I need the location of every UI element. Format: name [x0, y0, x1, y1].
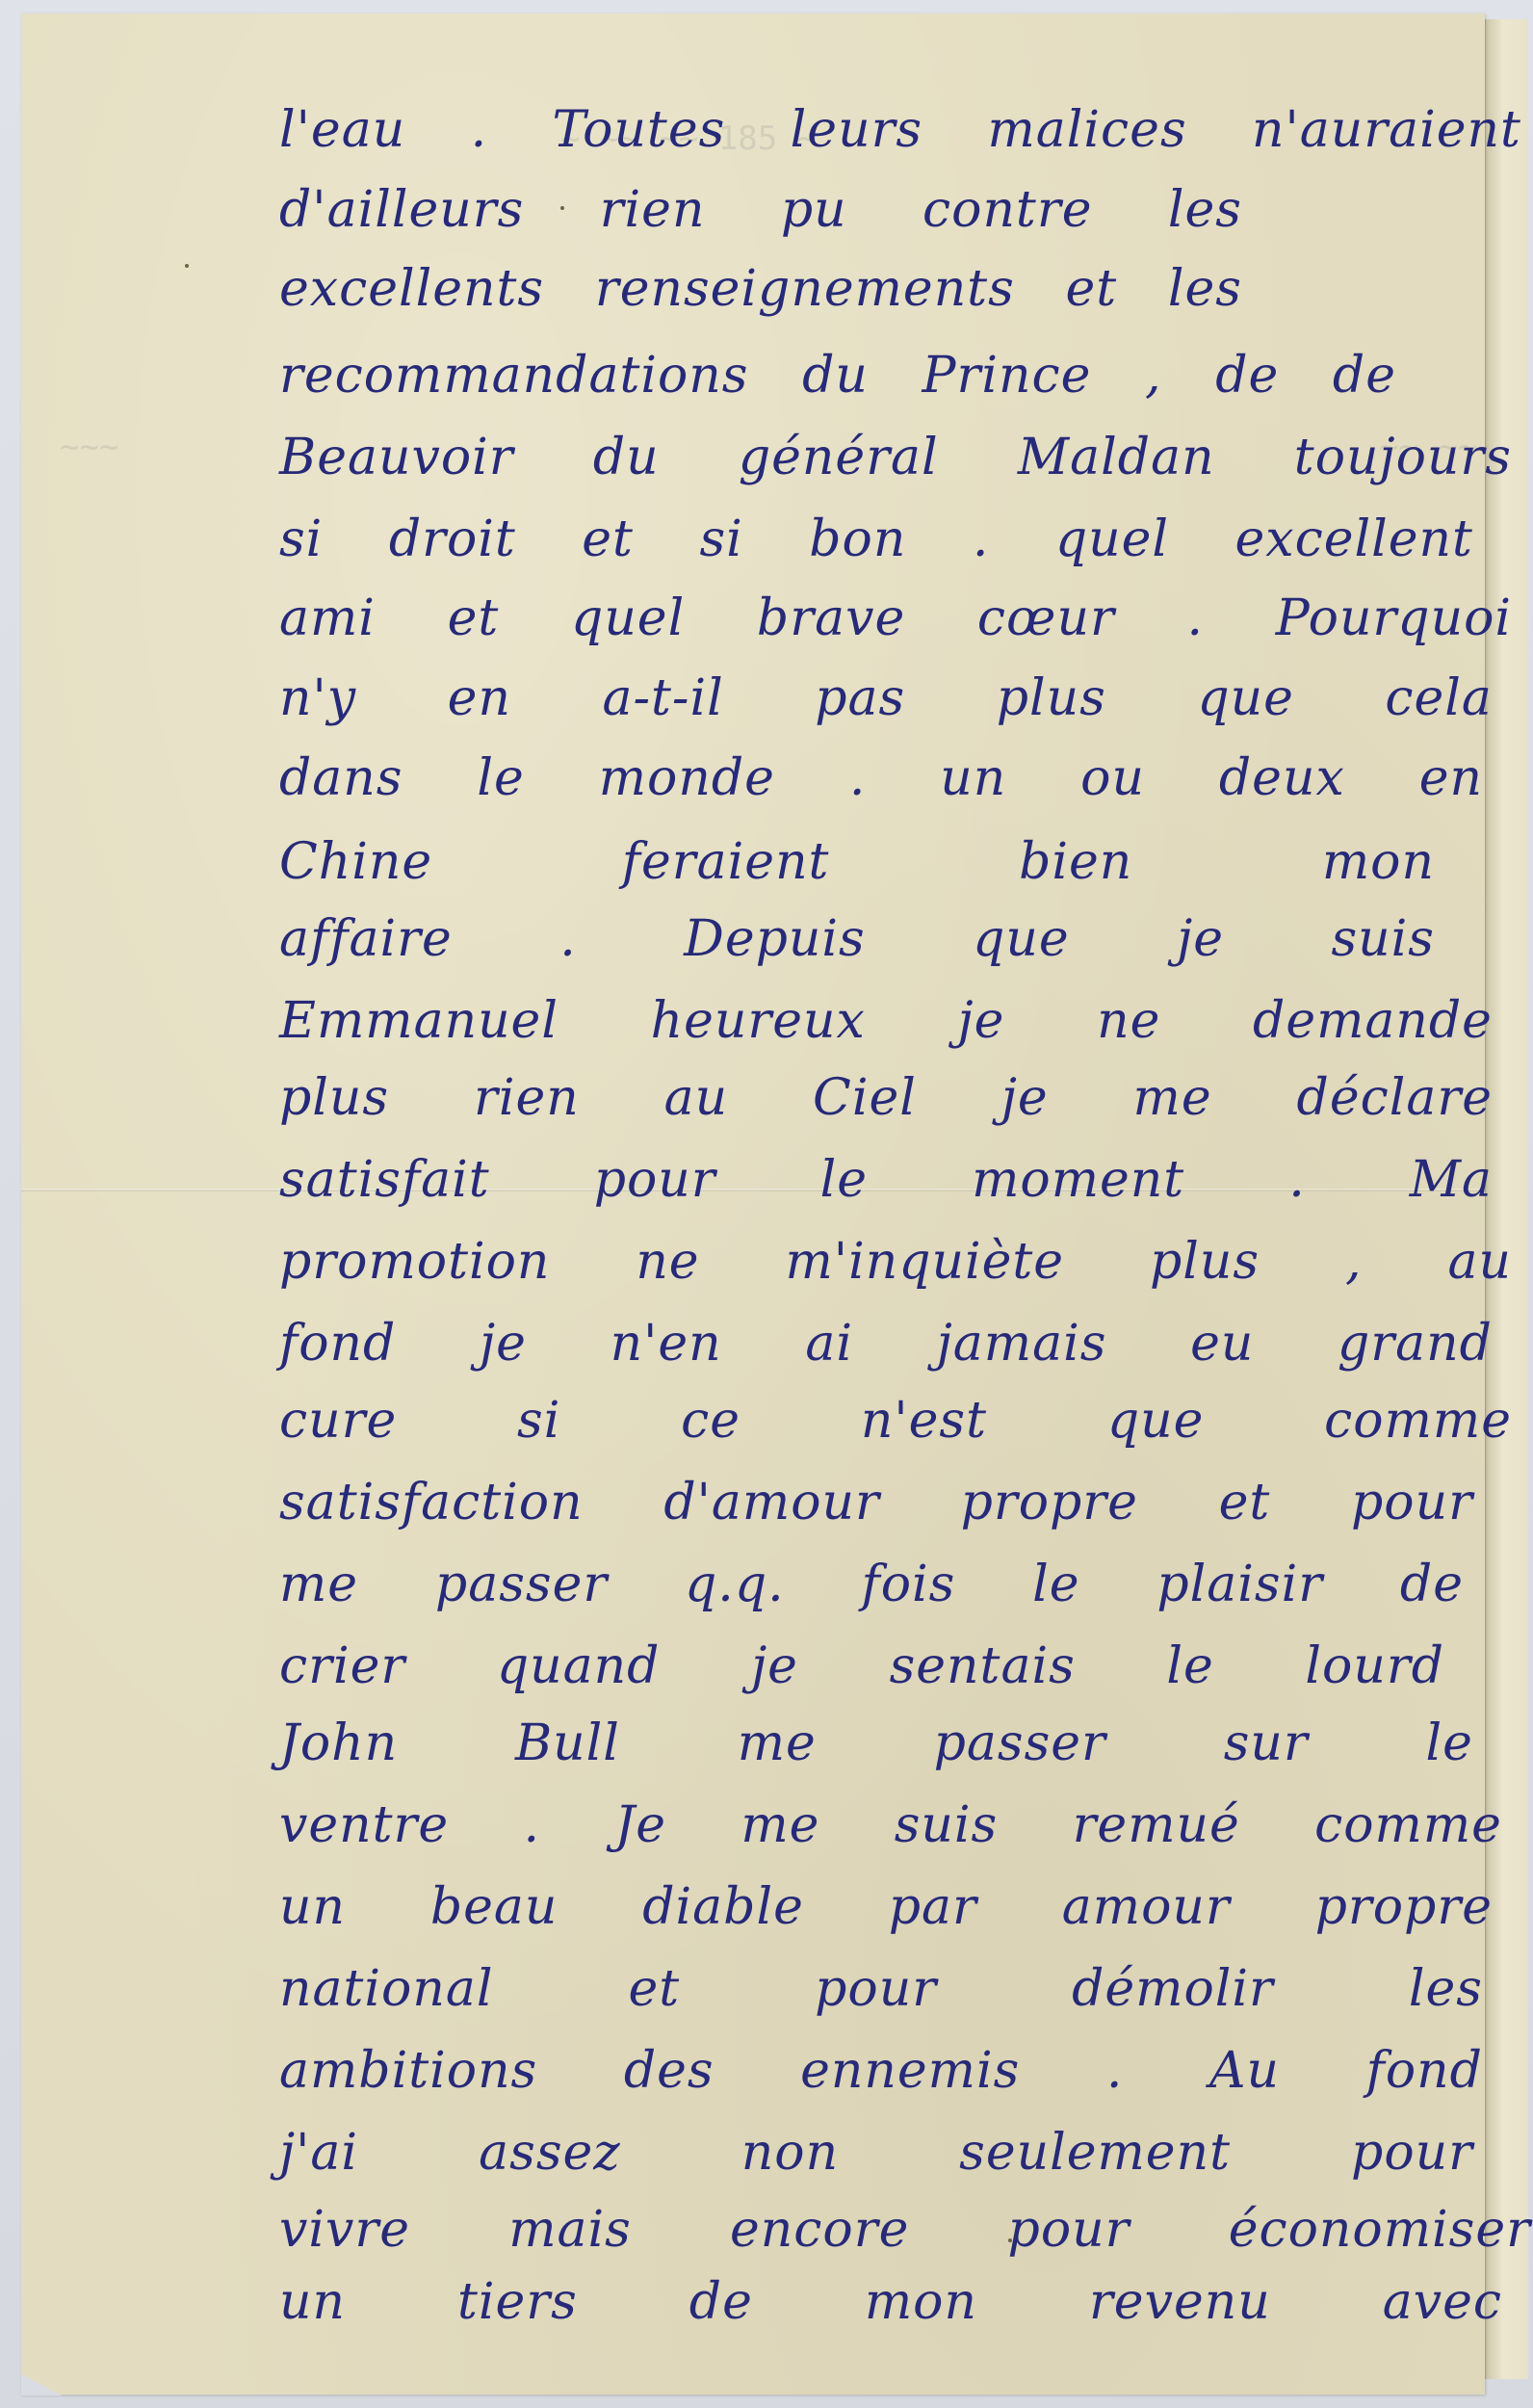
text-line: d'ailleursrienpucontreles: [279, 162, 1242, 239]
handwritten-word: et: [628, 1960, 680, 2018]
handwritten-word: plus: [997, 669, 1106, 727]
text-line: curesicen'estquecomme: [279, 1373, 1512, 1450]
handwritten-word: ou: [1080, 749, 1145, 807]
text-line: l'eau.Toutesleursmalicesn'auraient: [279, 82, 1521, 159]
handwritten-word: propre: [961, 1474, 1138, 1531]
handwritten-word: j'ai: [279, 2124, 358, 2182]
handwritten-word: et: [448, 589, 500, 647]
handwritten-word: et: [1066, 260, 1118, 318]
handwritten-word: n'en: [611, 1315, 722, 1373]
text-line: satisfaitpourlemoment.Ma: [279, 1132, 1493, 1209]
handwritten-word: a-t-il: [602, 669, 723, 727]
text-line: plusrienauCieljemedéclare: [279, 1050, 1493, 1127]
handwritten-word: et: [582, 510, 634, 568]
handwritten-word: fond: [1366, 2042, 1483, 2100]
handwritten-word: suis: [1331, 910, 1435, 968]
handwritten-word: affaire: [279, 910, 453, 968]
handwritten-word: ennemis: [800, 2042, 1020, 2100]
handwritten-word: je: [751, 1637, 798, 1695]
handwritten-word: suis: [895, 1796, 999, 1854]
handwritten-word: au: [1447, 1233, 1512, 1291]
handwritten-word: me: [738, 1714, 817, 1772]
text-line: recommandationsduPrince,dede: [279, 327, 1396, 405]
handwritten-word: et: [1219, 1474, 1271, 1531]
handwritten-word: un: [279, 2273, 346, 2331]
text-line: excellentsrenseignementsetles: [279, 241, 1242, 318]
handwritten-word: assez: [479, 2124, 621, 2182]
handwritten-word: tiers: [457, 2273, 578, 2331]
handwritten-word: économiser: [1229, 2201, 1531, 2259]
text-line: satisfactiond'amourpropreetpour: [279, 1454, 1473, 1531]
text-line: j'aiasseznonseulementpour: [279, 2105, 1473, 2182]
handwritten-word: pu: [781, 181, 847, 239]
text-line: unbeaudiableparamourpropre: [279, 1859, 1493, 1936]
handwritten-word: si: [699, 510, 742, 568]
handwritten-word: je: [480, 1315, 527, 1373]
handwritten-word: Bull: [515, 1714, 620, 1772]
handwritten-word: pour: [594, 1151, 716, 1209]
handwritten-word: mon: [1322, 833, 1435, 891]
handwritten-word: toujours: [1294, 429, 1512, 486]
handwritten-word: me: [279, 1556, 358, 1613]
handwritten-word: me: [1133, 1069, 1212, 1127]
handwritten-word: mais: [508, 2201, 632, 2259]
handwritten-word: en: [1419, 749, 1483, 807]
handwritten-word: de: [1333, 347, 1396, 405]
handwritten-word: les: [1168, 181, 1242, 239]
handwritten-word: n'est: [861, 1392, 987, 1450]
handwritten-word: droit: [389, 510, 516, 568]
handwritten-word: malices: [987, 101, 1186, 159]
text-line: crierquandjesentaislelourd: [279, 1618, 1444, 1695]
handwritten-word: le: [1426, 1714, 1473, 1772]
handwritten-word: Pourquoi: [1276, 589, 1512, 647]
handwritten-word: promotion: [279, 1233, 550, 1291]
handwritten-word: .: [471, 101, 488, 159]
handwritten-word: ce: [681, 1392, 741, 1450]
handwritten-word: un: [940, 749, 1006, 807]
handwritten-word: .: [849, 749, 867, 807]
handwritten-word: comme: [1314, 1796, 1502, 1854]
handwritten-word: pour: [1351, 1474, 1473, 1531]
handwritten-word: Emmanuel: [279, 992, 559, 1050]
handwritten-word: plaisir: [1156, 1556, 1323, 1613]
handwritten-word: Ma: [1410, 1151, 1493, 1209]
handwritten-word: recommandations: [279, 347, 748, 405]
handwritten-word: Ciel: [813, 1069, 917, 1127]
handwritten-word: du: [802, 347, 869, 405]
handwritten-word: ,: [1345, 1233, 1363, 1291]
handwritten-word: que: [1197, 669, 1294, 727]
handwritten-word: moment: [972, 1151, 1184, 1209]
handwritten-word: ambitions: [279, 2042, 537, 2100]
handwritten-word: diable: [642, 1878, 804, 1936]
handwritten-word: .: [559, 910, 577, 968]
handwritten-word: leurs: [791, 101, 922, 159]
handwritten-word: rien: [474, 1069, 580, 1127]
handwritten-word: démolir: [1072, 1960, 1274, 2018]
handwritten-word: je: [958, 992, 1005, 1050]
handwritten-word: beau: [430, 1878, 559, 1936]
handwritten-word: quel: [571, 589, 685, 647]
handwritten-word: non: [741, 2124, 839, 2182]
handwritten-word: sur: [1224, 1714, 1309, 1772]
handwritten-word: avec: [1383, 2273, 1502, 2331]
handwritten-word: n'y: [279, 669, 356, 727]
text-line: ambitionsdesennemis.Aufond: [279, 2023, 1483, 2100]
handwritten-word: que: [973, 910, 1070, 968]
handwritten-word: ami: [279, 589, 376, 647]
handwritten-word: je: [1177, 910, 1224, 968]
handwritten-word: plus: [279, 1069, 389, 1127]
handwritten-word: Toutes: [552, 101, 725, 159]
handwritten-word: d'ailleurs: [279, 181, 524, 239]
handwritten-word: eu: [1190, 1315, 1254, 1373]
text-line: n'yena-t-ilpasplusquecela: [279, 650, 1493, 727]
handwritten-word: John: [279, 1714, 398, 1772]
handwritten-word: de: [689, 2273, 753, 2331]
handwritten-word: cela: [1385, 669, 1493, 727]
handwritten-word: pour: [1351, 2124, 1473, 2182]
handwritten-word: un: [279, 1878, 346, 1936]
handwritten-word: pas: [815, 669, 905, 727]
handwritten-word: bien: [1019, 833, 1132, 891]
handwritten-word: les: [1409, 1960, 1483, 2018]
text-line: Chineferaientbienmon: [279, 814, 1435, 891]
text-line: danslemonde.unoudeuxen: [279, 730, 1483, 807]
handwritten-word: ,: [1145, 347, 1162, 405]
handwritten-word: de: [1215, 347, 1279, 405]
handwritten-word: quand: [497, 1637, 661, 1695]
handwritten-word: grand: [1338, 1315, 1493, 1373]
handwritten-word: Depuis: [684, 910, 866, 968]
handwritten-word: .: [1288, 1151, 1306, 1209]
handwritten-word: déclare: [1297, 1069, 1493, 1127]
text-line: untiersdemonrevenuavec: [279, 2254, 1502, 2331]
handwritten-word: me: [741, 1796, 819, 1854]
paper-speck: [185, 264, 189, 268]
handwritten-word: passer: [934, 1714, 1106, 1772]
text-line: Emmanuelheureuxjenedemande: [279, 973, 1493, 1050]
handwritten-word: je: [1001, 1069, 1049, 1127]
handwritten-word: .: [1106, 2042, 1124, 2100]
handwritten-word: ne: [636, 1233, 699, 1291]
handwritten-word: encore: [730, 2201, 909, 2259]
handwritten-word: remué: [1073, 1796, 1240, 1854]
handwritten-word: excellent: [1235, 510, 1473, 568]
handwritten-word: cure: [279, 1392, 397, 1450]
handwritten-word: les: [1168, 260, 1242, 318]
handwritten-word: le: [820, 1151, 868, 1209]
text-line: nationaletpourdémolirles: [279, 1941, 1483, 2018]
handwritten-word: feraient: [622, 833, 830, 891]
handwritten-word: Chine: [279, 833, 432, 891]
text-line: amietquelbravecœur.Pourquoi: [279, 570, 1512, 647]
handwritten-word: m'inquiète: [786, 1233, 1065, 1291]
handwritten-word: comme: [1324, 1392, 1512, 1450]
handwritten-word: q.q.: [685, 1556, 785, 1613]
handwritten-word: de: [1400, 1556, 1464, 1613]
handwritten-word: général: [739, 429, 939, 486]
bleed-through-text: ~~~: [60, 428, 118, 466]
handwritten-word: Maldan: [1018, 429, 1215, 486]
handwritten-word: .: [1187, 589, 1205, 647]
handwritten-word: du: [593, 429, 660, 486]
handwritten-word: passer: [435, 1556, 608, 1613]
handwritten-word: le: [1032, 1556, 1079, 1613]
handwritten-word: pour: [815, 1960, 937, 2018]
handwritten-word: seulement: [959, 2124, 1231, 2182]
handwritten-word: jamais: [937, 1315, 1107, 1373]
handwritten-word: propre: [1315, 1878, 1493, 1936]
handwritten-word: que: [1107, 1392, 1205, 1450]
text-line: vivremaisencorepouréconomiser: [279, 2182, 1531, 2259]
text-line: mepasserq.q.foisleplaisirde: [279, 1536, 1464, 1613]
handwritten-word: lourd: [1305, 1637, 1444, 1695]
handwritten-word: le: [1166, 1637, 1213, 1695]
handwritten-word: fois: [861, 1556, 955, 1613]
handwritten-word: cœur: [977, 589, 1115, 647]
handwritten-word: contre: [922, 181, 1092, 239]
text-line: ventre.Jemesuisremuécomme: [279, 1777, 1502, 1854]
handwritten-word: vivre: [279, 2201, 410, 2259]
handwritten-word: Beauvoir: [279, 429, 514, 486]
handwritten-word: ventre: [279, 1796, 449, 1854]
handwritten-word: deux: [1219, 749, 1345, 807]
handwritten-word: satisfaction: [279, 1474, 584, 1531]
handwritten-word: si: [279, 510, 323, 568]
handwritten-word: monde: [599, 749, 775, 807]
handwritten-word: en: [448, 669, 511, 727]
handwritten-word: .: [973, 510, 990, 568]
text-line: sidroitetsibon.quelexcellent: [279, 491, 1473, 568]
handwritten-word: dans: [279, 749, 403, 807]
handwritten-word: .: [524, 1796, 541, 1854]
handwritten-word: plus: [1150, 1233, 1260, 1291]
handwritten-word: heureux: [651, 992, 866, 1050]
handwritten-word: mon: [865, 2273, 977, 2331]
handwritten-word: des: [624, 2042, 715, 2100]
handwritten-word: revenu: [1089, 2273, 1271, 2331]
handwritten-word: d'amour: [663, 1474, 880, 1531]
handwritten-word: Je: [614, 1796, 666, 1854]
handwritten-word: ne: [1097, 992, 1160, 1050]
handwritten-word: l'eau: [279, 101, 405, 159]
handwritten-word: sentais: [890, 1637, 1076, 1695]
handwritten-word: bon: [809, 510, 906, 568]
handwritten-word: demande: [1253, 992, 1493, 1050]
handwritten-word: fond: [279, 1315, 396, 1373]
handwritten-word: brave: [757, 589, 905, 647]
text-line: fondjen'enaijamaiseugrand: [279, 1296, 1493, 1373]
text-line: promotionnem'inquièteplus,au: [279, 1214, 1512, 1291]
handwritten-word: par: [889, 1878, 977, 1936]
handwritten-word: si: [517, 1392, 560, 1450]
text-line: affaire.Depuisquejesuis: [279, 891, 1435, 968]
handwritten-word: national: [279, 1960, 493, 2018]
text-line: BeauvoirdugénéralMaldantoujours: [279, 409, 1512, 486]
handwritten-word: ai: [805, 1315, 853, 1373]
handwritten-word: pour: [1008, 2201, 1130, 2259]
handwritten-word: au: [664, 1069, 729, 1127]
text-line: JohnBullmepassersurle: [279, 1695, 1473, 1772]
handwritten-word: n'auraient: [1252, 101, 1521, 159]
handwritten-word: renseignements: [595, 260, 1015, 318]
handwritten-word: amour: [1062, 1878, 1231, 1936]
handwritten-word: excellents: [279, 260, 544, 318]
handwritten-word: quel: [1055, 510, 1169, 568]
handwritten-word: le: [477, 749, 524, 807]
handwritten-word: crier: [279, 1637, 405, 1695]
handwritten-word: Prince: [922, 347, 1092, 405]
handwritten-word: satisfait: [279, 1151, 490, 1209]
handwritten-word: Au: [1209, 2042, 1280, 2100]
handwritten-word: rien: [600, 181, 706, 239]
